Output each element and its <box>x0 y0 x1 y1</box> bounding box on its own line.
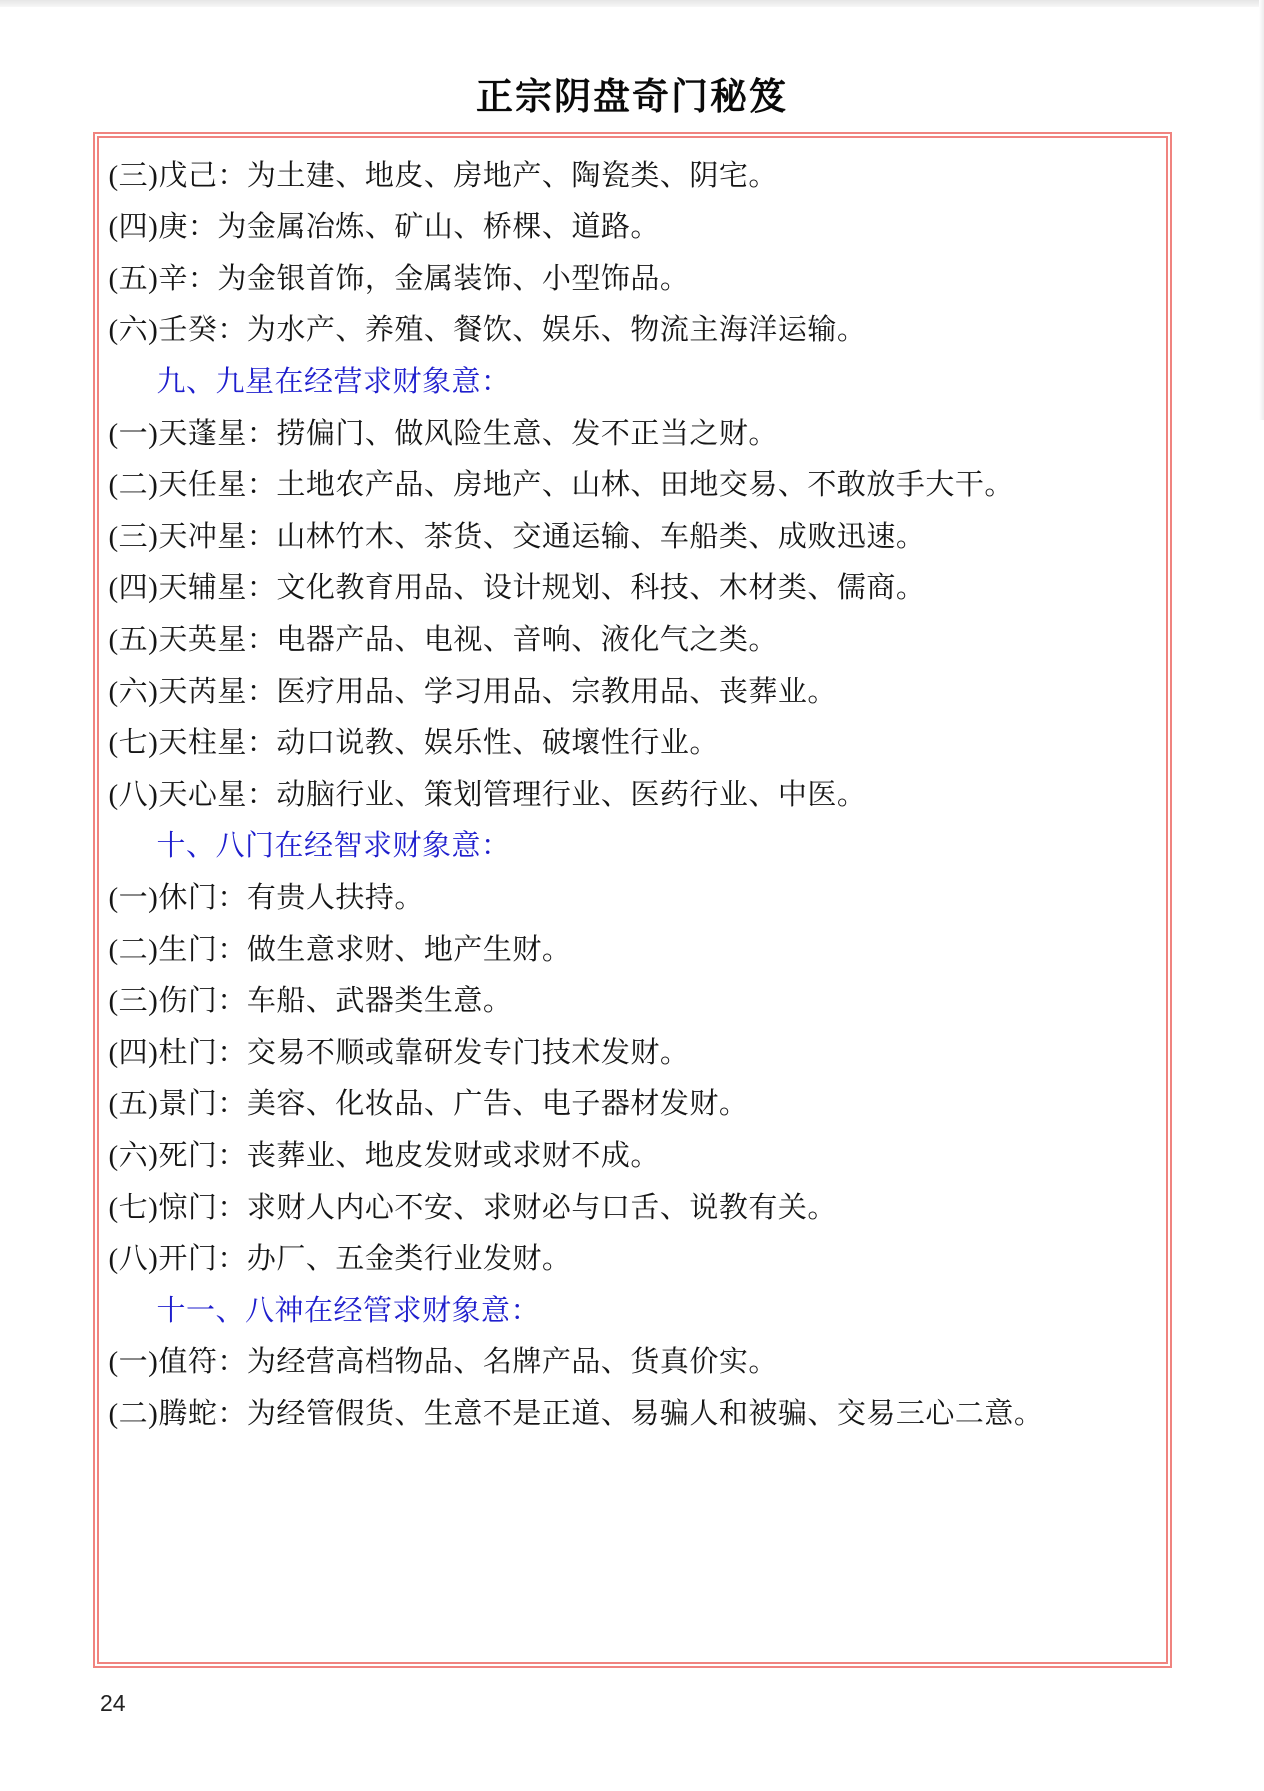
section-heading: 十一、八神在经管求财象意： <box>109 1282 1158 1334</box>
list-item: (四)杜门：交易不顺或靠研发专门技术发财。 <box>109 1024 1158 1076</box>
list-item: (八)天心星：动脑行业、策划管理行业、医药行业、中医。 <box>109 767 1158 819</box>
document-page: 正宗阴盘奇门秘笈 (三)戊己：为土建、地皮、房地产、陶瓷类、阴宅。(四)庚：为金… <box>0 0 1264 1791</box>
section-heading: 十、八门在经智求财象意： <box>109 818 1158 870</box>
list-item: (一)值符：为经营高档物品、名牌产品、货真价实。 <box>109 1334 1158 1386</box>
list-item: (三)戊己：为土建、地皮、房地产、陶瓷类、阴宅。 <box>109 147 1158 199</box>
list-item: (五)天英星：电器产品、电视、音响、液化气之类。 <box>109 612 1158 664</box>
list-item: (四)天辅星：文化教育用品、设计规划、科技、木材类、儒商。 <box>109 560 1158 612</box>
list-item: (七)天柱星：动口说教、娱乐性、破壞性行业。 <box>109 715 1158 767</box>
list-item: (一)天蓬星：捞偏门、做风险生意、发不正当之财。 <box>109 405 1158 457</box>
list-item: (五)辛：为金银首饰，金属装饰、小型饰品。 <box>109 251 1158 303</box>
list-item: (二)生门：做生意求财、地产生财。 <box>109 921 1158 973</box>
section-heading: 九、九星在经营求财象意： <box>109 354 1158 406</box>
list-item: (二)腾蛇：为经管假货、生意不是正道、易骗人和被骗、交易三心二意。 <box>109 1386 1158 1438</box>
list-item: (八)开门：办厂、五金类行业发财。 <box>109 1231 1158 1283</box>
list-item: (三)伤门：车船、武器类生意。 <box>109 973 1158 1025</box>
list-item: (六)壬癸：为水产、养殖、餐饮、娱乐、物流主海洋运输。 <box>109 302 1158 354</box>
list-item: (五)景门：美容、化妆品、广告、电子器材发财。 <box>109 1076 1158 1128</box>
page-title: 正宗阴盘奇门秘笈 <box>0 0 1264 120</box>
content-box: (三)戊己：为土建、地皮、房地产、陶瓷类、阴宅。(四)庚：为金属冶炼、矿山、桥棵… <box>93 132 1172 1668</box>
list-item: (七)惊门：求财人内心不安、求财必与口舌、说教有关。 <box>109 1179 1158 1231</box>
list-item: (二)天任星：土地农产品、房地产、山林、田地交易、不敢放手大干。 <box>109 457 1158 509</box>
list-item: (六)天芮星：医疗用品、学习用品、宗教用品、丧葬业。 <box>109 663 1158 715</box>
list-item: (三)天冲星：山林竹木、茶货、交通运输、车船类、成败迅速。 <box>109 509 1158 561</box>
scan-edge-right <box>1259 0 1264 420</box>
list-item: (一)休门：有贵人扶持。 <box>109 870 1158 922</box>
list-item: (六)死门：丧葬业、地皮发财或求财不成。 <box>109 1128 1158 1180</box>
scan-edge-top <box>0 0 1264 7</box>
list-item: (四)庚：为金属冶炼、矿山、桥棵、道路。 <box>109 199 1158 251</box>
page-number: 24 <box>100 1690 1264 1717</box>
